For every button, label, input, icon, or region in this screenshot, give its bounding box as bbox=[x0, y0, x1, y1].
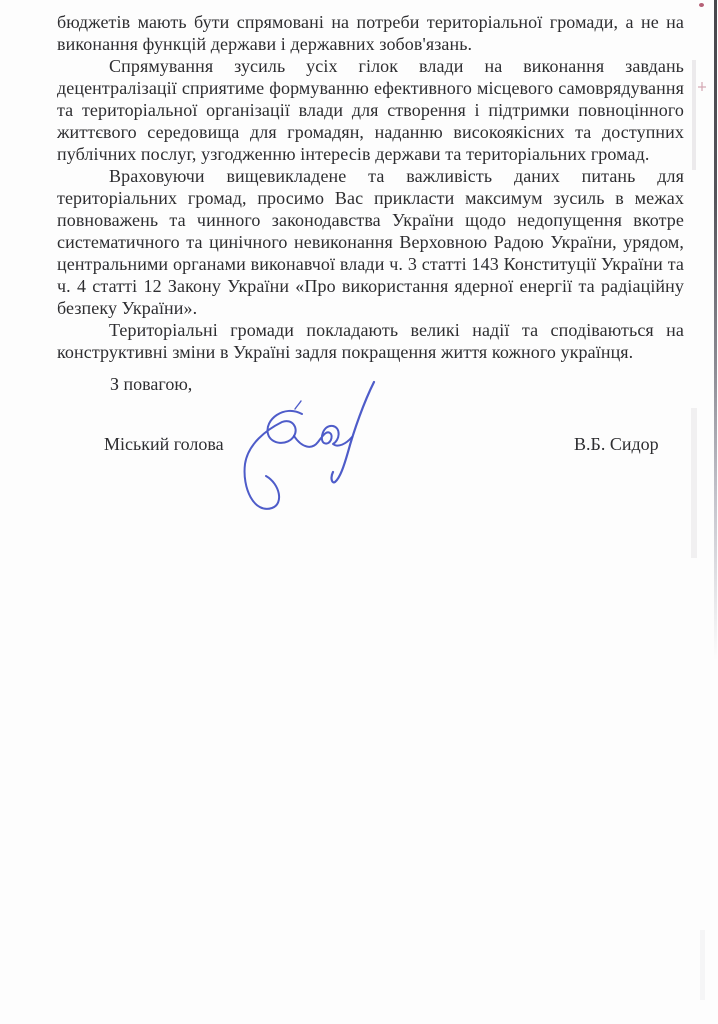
scanned-letter-page: бюджетів мають бути спрямовані на потреб… bbox=[0, 0, 718, 1024]
paragraph: Територіальні громади покладають великі … bbox=[57, 319, 684, 363]
scan-edge-shadow bbox=[714, 0, 717, 660]
scan-artifact-smudge bbox=[692, 60, 696, 170]
signer-name: В.Б. Сидор bbox=[574, 434, 659, 455]
signature-stroke bbox=[294, 426, 352, 447]
scan-artifact-dot bbox=[699, 3, 704, 7]
paragraph-continuation: бюджетів мають бути спрямовані на потреб… bbox=[57, 11, 684, 55]
signature-stroke bbox=[245, 411, 302, 509]
signature-ink bbox=[218, 368, 390, 520]
paragraph: Враховуючи вищевикладене та важливість д… bbox=[57, 165, 684, 319]
paragraph: Спрямування зусиль усіх гілок влади на в… bbox=[57, 55, 684, 165]
letter-body: бюджетів мають бути спрямовані на потреб… bbox=[57, 11, 684, 363]
signer-title: Міський голова bbox=[104, 434, 224, 455]
closing-salutation: З повагою, bbox=[110, 374, 192, 395]
scan-artifact-smudge bbox=[700, 930, 705, 1000]
scan-artifact-mark bbox=[701, 82, 703, 91]
signature-stroke bbox=[295, 401, 301, 409]
scan-artifact-smudge bbox=[691, 408, 697, 558]
